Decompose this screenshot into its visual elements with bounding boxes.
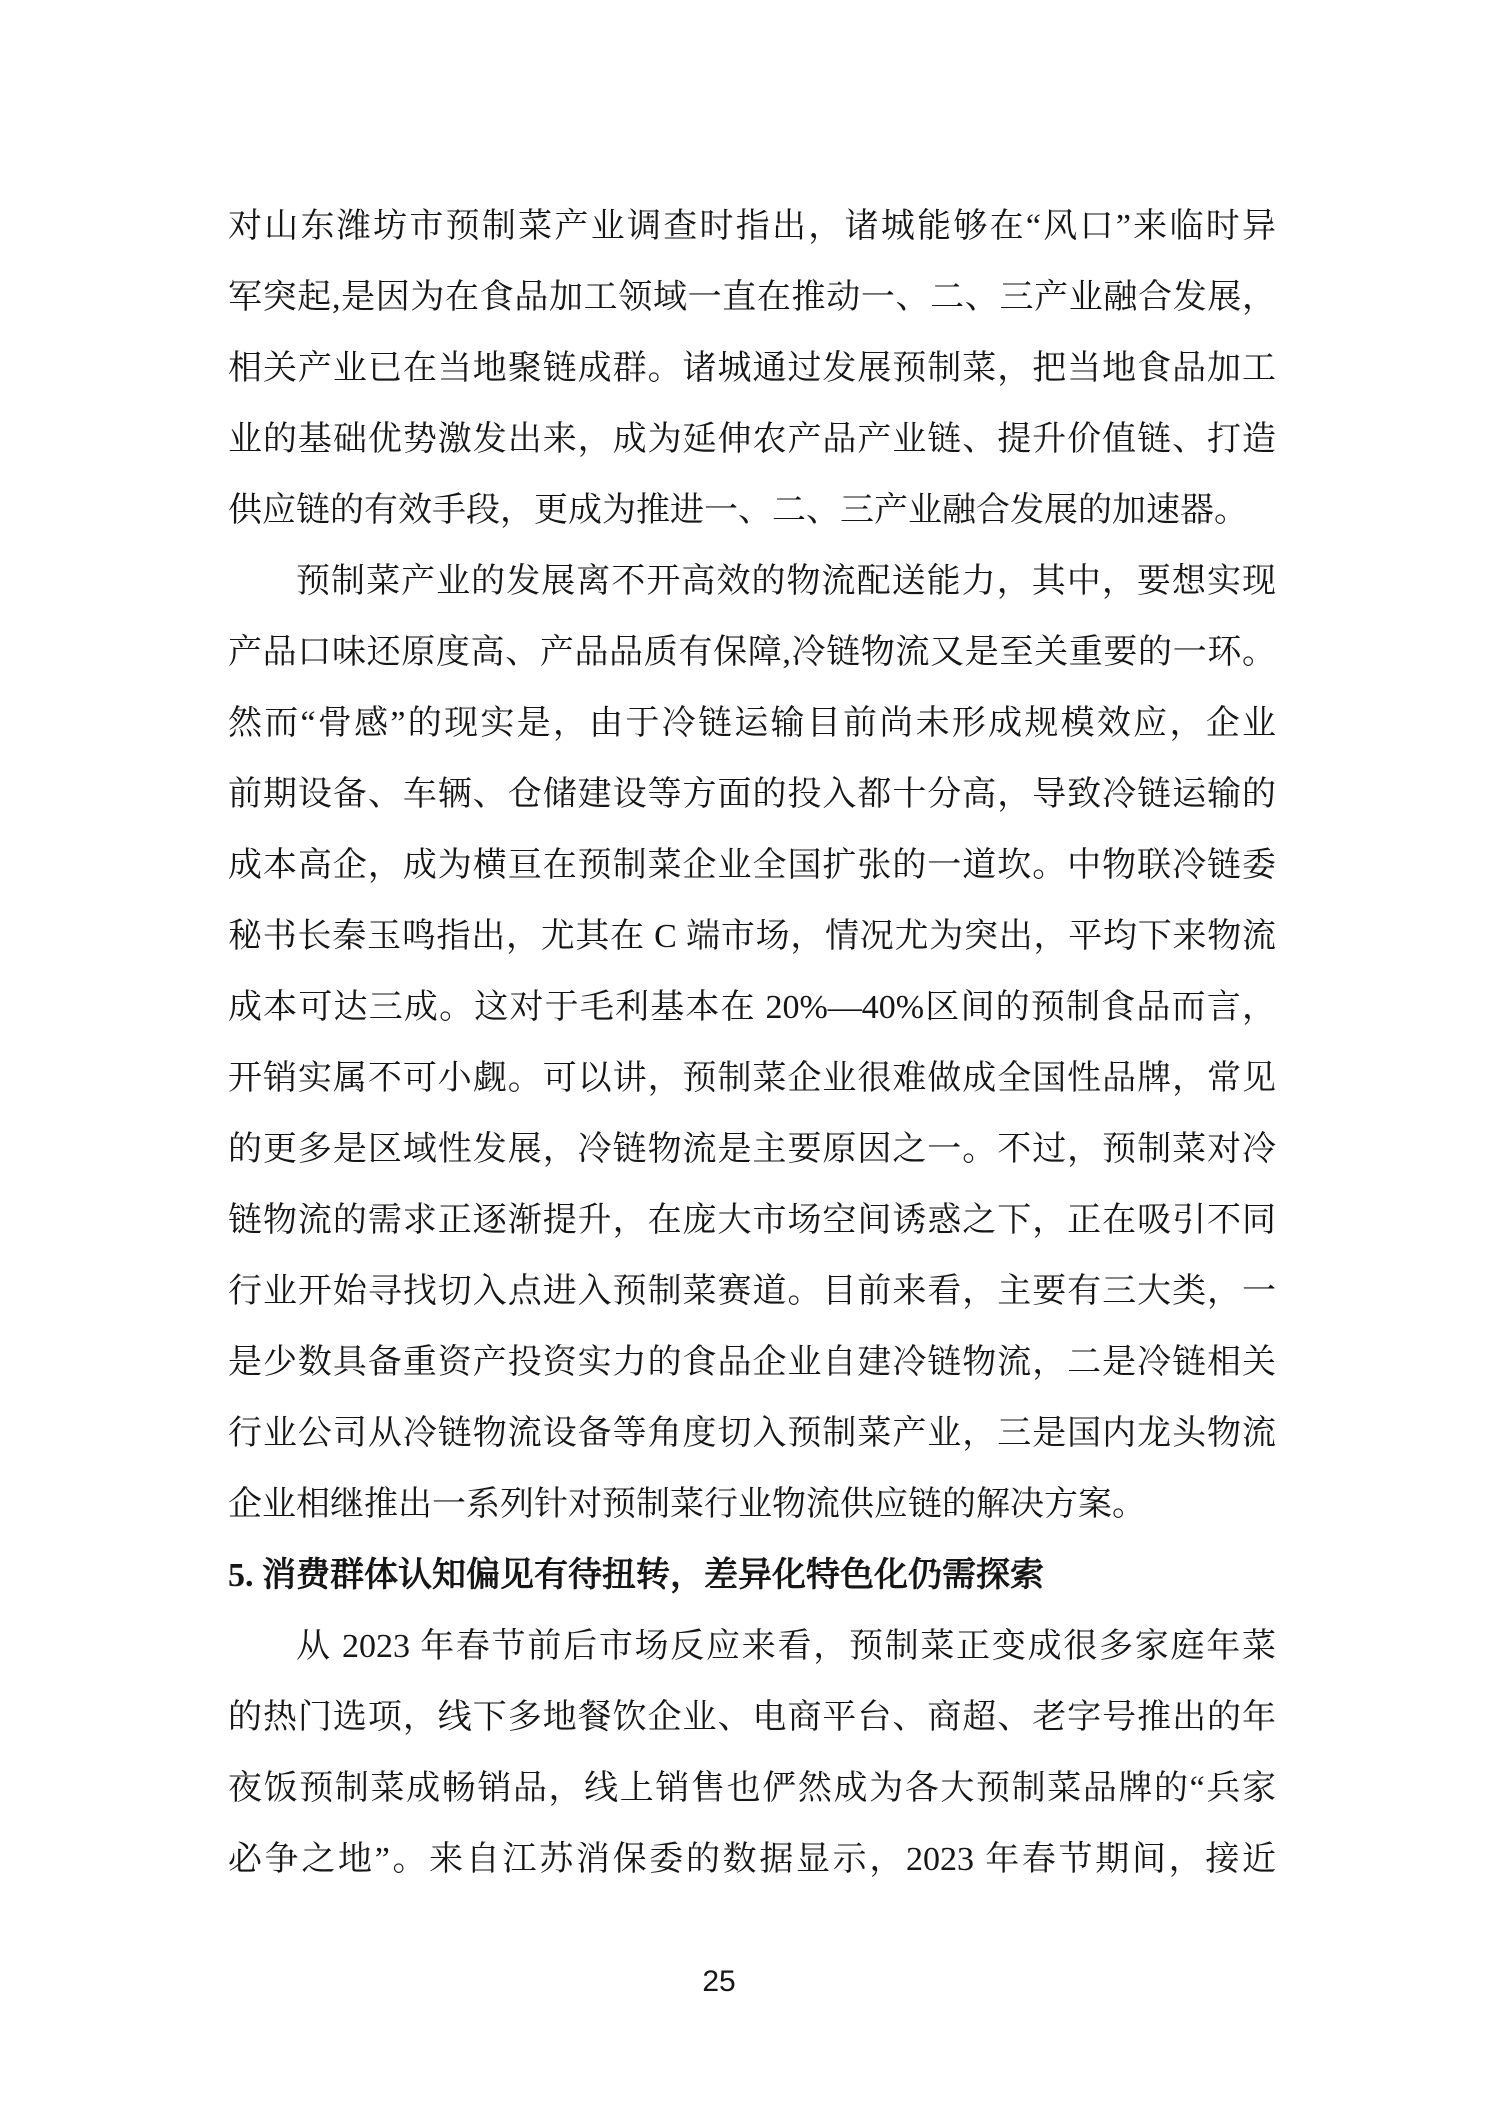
text-line: 企业相继推出一系列针对预制菜行业物流供应链的解决方案。 [228, 1469, 1276, 1540]
document-page: 对山东潍坊市预制菜产业调查时指出，诸城能够在“风口”来临时异 军突起,是因为在食… [0, 0, 1500, 2121]
text-line: 预制菜产业的发展离不开高效的物流配送能力，其中，要想实现 [228, 546, 1276, 617]
text-line: 行业公司从冷链物流设备等角度切入预制菜产业，三是国内龙头物流 [228, 1398, 1276, 1469]
text-line: 链物流的需求正逐渐提升，在庞大市场空间诱惑之下，正在吸引不同 [228, 1185, 1276, 1256]
text-line: 业的基础优势激发出来，成为延伸农产品产业链、提升价值链、打造 [228, 404, 1276, 475]
text-line: 成本可达三成。这对于毛利基本在 20%—40%区间的预制食品而言， [228, 972, 1276, 1043]
page-number: 25 [689, 1962, 749, 2002]
text-line: 从 2023 年春节前后市场反应来看，预制菜正变成很多家庭年菜 [228, 1611, 1276, 1682]
text-line: 成本高企，成为横亘在预制菜企业全国扩张的一道坎。中物联冷链委 [228, 830, 1276, 901]
text-line: 产品口味还原度高、产品品质有保障,冷链物流又是至关重要的一环。 [228, 617, 1276, 688]
text-line: 秘书长秦玉鸣指出，尤其在 C 端市场，情况尤为突出，平均下来物流 [228, 901, 1276, 972]
text-line: 供应链的有效手段，更成为推进一、二、三产业融合发展的加速器。 [228, 475, 1276, 546]
text-line: 是少数具备重资产投资实力的食品企业自建冷链物流，二是冷链相关 [228, 1327, 1276, 1398]
text-line: 必争之地”。来自江苏消保委的数据显示，2023 年春节期间，接近 [228, 1824, 1276, 1895]
text-line: 行业开始寻找切入点进入预制菜赛道。目前来看，主要有三大类，一 [228, 1256, 1276, 1327]
text-line: 开销实属不可小觑。可以讲，预制菜企业很难做成全国性品牌，常见 [228, 1043, 1276, 1114]
text-line: 对山东潍坊市预制菜产业调查时指出，诸城能够在“风口”来临时异 [228, 191, 1276, 262]
text-block: 对山东潍坊市预制菜产业调查时指出，诸城能够在“风口”来临时异 军突起,是因为在食… [228, 191, 1276, 1895]
text-line: 的更多是区域性发展，冷链物流是主要原因之一。不过，预制菜对冷 [228, 1114, 1276, 1185]
text-line: 夜饭预制菜成畅销品，线上销售也俨然成为各大预制菜品牌的“兵家 [228, 1753, 1276, 1824]
text-line: 然而“骨感”的现实是，由于冷链运输目前尚未形成规模效应，企业 [228, 688, 1276, 759]
text-line: 军突起,是因为在食品加工领域一直在推动一、二、三产业融合发展， [228, 262, 1276, 333]
text-line: 的热门选项，线下多地餐饮企业、电商平台、商超、老字号推出的年 [228, 1682, 1276, 1753]
text-line: 前期设备、车辆、仓储建设等方面的投入都十分高，导致冷链运输的 [228, 759, 1276, 830]
section-heading: 5. 消费群体认知偏见有待扭转，差异化特色化仍需探索 [228, 1540, 1276, 1611]
text-line: 相关产业已在当地聚链成群。诸城通过发展预制菜，把当地食品加工 [228, 333, 1276, 404]
